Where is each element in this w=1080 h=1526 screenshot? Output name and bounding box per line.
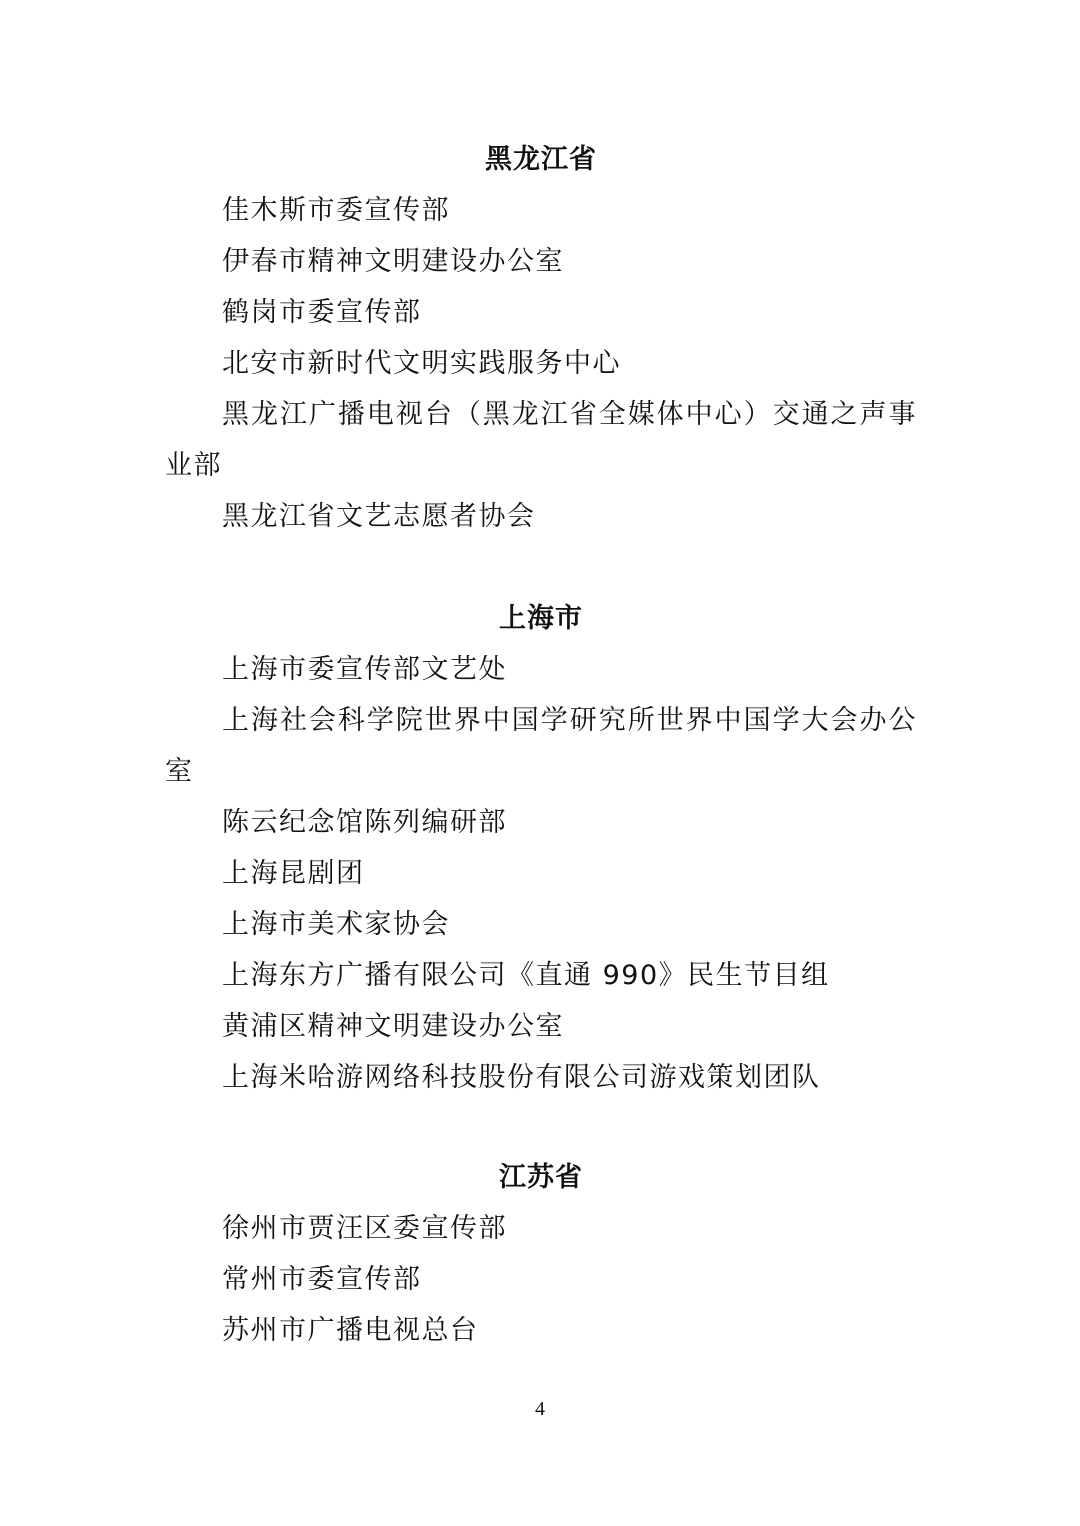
list-item: 鹤岗市委宣传部 bbox=[165, 287, 917, 338]
section-shanghai: 上海市 上海市委宣传部文艺处 上海社会科学院世界中国学研究所世界中国学大会办公室… bbox=[165, 593, 917, 1103]
list-item: 上海米哈游网络科技股份有限公司游戏策划团队 bbox=[165, 1052, 917, 1103]
list-item: 上海市委宣传部文艺处 bbox=[165, 644, 917, 695]
section-heilongjiang: 黑龙江省 佳木斯市委宣传部 伊春市精神文明建设办公室 鹤岗市委宣传部 北安市新时… bbox=[165, 134, 917, 542]
list-item: 上海东方广播有限公司《直通 990》民生节目组 bbox=[165, 950, 917, 1001]
list-item: 徐州市贾汪区委宣传部 bbox=[165, 1203, 917, 1254]
page-number: 4 bbox=[0, 1398, 1080, 1421]
list-item: 陈云纪念馆陈列编研部 bbox=[165, 797, 917, 848]
list-item: 佳木斯市委宣传部 bbox=[165, 185, 917, 236]
list-item: 上海市美术家协会 bbox=[165, 899, 917, 950]
list-item: 上海昆剧团 bbox=[165, 848, 917, 899]
list-item: 黄浦区精神文明建设办公室 bbox=[165, 1001, 917, 1052]
list-item: 黑龙江省文艺志愿者协会 bbox=[165, 491, 917, 542]
list-item: 苏州市广播电视总台 bbox=[165, 1305, 917, 1356]
list-item: 伊春市精神文明建设办公室 bbox=[165, 236, 917, 287]
list-item: 黑龙江广播电视台（黑龙江省全媒体中心）交通之声事业部 bbox=[165, 389, 917, 491]
document-page: 黑龙江省 佳木斯市委宣传部 伊春市精神文明建设办公室 鹤岗市委宣传部 北安市新时… bbox=[0, 0, 1080, 1526]
list-item: 上海社会科学院世界中国学研究所世界中国学大会办公室 bbox=[165, 695, 917, 797]
list-item: 北安市新时代文明实践服务中心 bbox=[165, 338, 917, 389]
section-heading: 黑龙江省 bbox=[165, 134, 917, 185]
section-jiangsu: 江苏省 徐州市贾汪区委宣传部 常州市委宣传部 苏州市广播电视总台 bbox=[165, 1152, 917, 1356]
section-heading: 江苏省 bbox=[165, 1152, 917, 1203]
section-heading: 上海市 bbox=[165, 593, 917, 644]
list-item: 常州市委宣传部 bbox=[165, 1254, 917, 1305]
